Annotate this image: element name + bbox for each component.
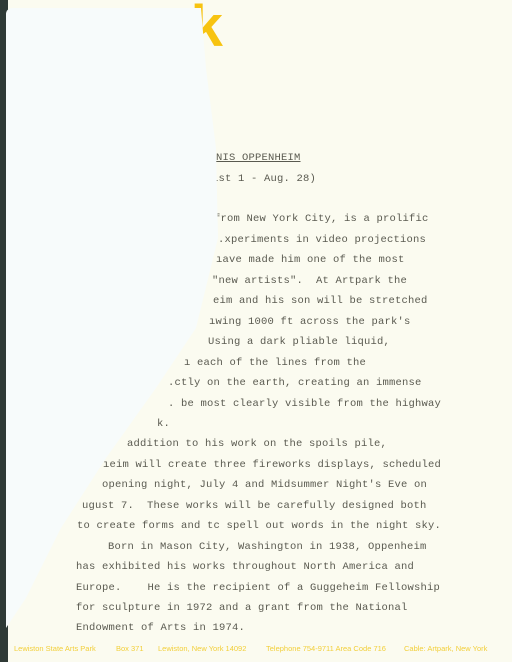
body-line: to create forms and tc spell out words i… <box>77 520 441 532</box>
body-line: ıwing 1000 ft across the park's <box>209 316 411 328</box>
body-line: k. <box>157 418 170 430</box>
footer-cable: Cable: Artpark, New York <box>404 644 487 653</box>
document-title: NIS OPPENHEIM <box>216 152 301 164</box>
body-line: . be most clearly visible from the highw… <box>168 398 441 410</box>
body-line: opening night, July 4 and Midsummer Nigh… <box>102 479 427 491</box>
body-line: Endowment of Arts in 1974. <box>76 622 245 634</box>
body-line: Born in Mason City, Washington in 1938, … <box>108 541 427 553</box>
body-line: Using a dark pliable liquid, <box>208 336 390 348</box>
document-dates: ıst 1 - Aug. 28) <box>212 173 316 185</box>
footer-address: Lewiston, New York 14092 <box>158 644 246 653</box>
footer-org: Lewiston State Arts Park <box>14 644 96 653</box>
body-line: ugust 7. These works will be carefully d… <box>82 500 427 512</box>
body-line: eim and his son will be stretched <box>213 295 428 307</box>
letterhead-footer: Lewiston State Arts Park Box 371 Lewisto… <box>0 644 512 662</box>
body-line: ıeim will create three fireworks display… <box>103 459 441 471</box>
footer-telephone: Telephone 754-9711 Area Code 716 <box>266 644 386 653</box>
body-line: Europe. He is the recipient of a Guggehe… <box>76 582 440 594</box>
body-line: ıave made him one of the most <box>216 254 405 266</box>
body-line: .xperiments in video projections <box>218 234 426 246</box>
body-line: ı each of the lines from the <box>184 357 366 369</box>
footer-box: Box 371 <box>116 644 144 653</box>
body-line: addition to his work on the spoils pile, <box>127 438 387 450</box>
body-line: from New York City, is a prolific <box>214 213 429 225</box>
body-line: has exhibited his works throughout North… <box>76 561 414 573</box>
body-line: "new artists". At Artpark the <box>212 275 407 287</box>
body-line: .ctly on the earth, creating an immense <box>168 377 422 389</box>
body-line: for sculpture in 1972 and a grant from t… <box>76 602 408 614</box>
